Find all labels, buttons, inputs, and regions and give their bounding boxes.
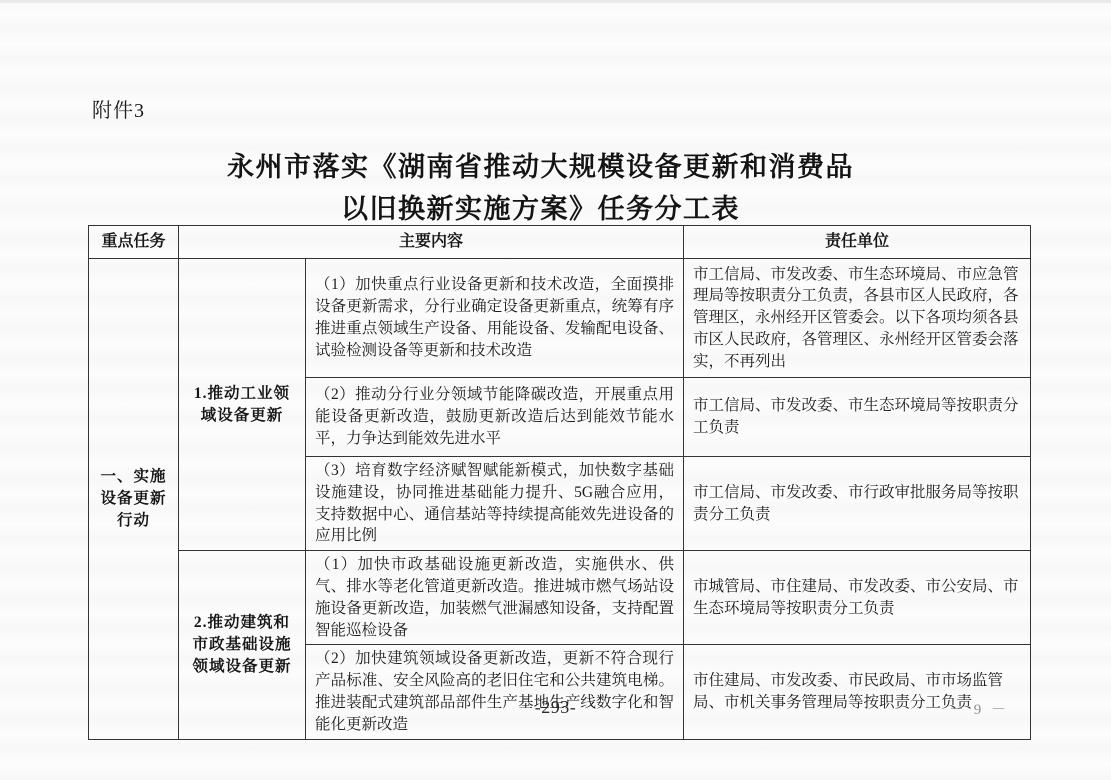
table-row: 一、实施设备更新行动 1.推动工业领域设备更新 （1）加快重点行业设备更新和技术… xyxy=(89,259,1031,378)
table-row: 2.推动建筑和市政基础设施领域设备更新 （1）加快市政基础设施更新改造，实施供水… xyxy=(89,551,1031,645)
footer-page-number-right: － 9 － xyxy=(949,698,1009,719)
content-cell: （1）加快重点行业设备更新和技术改造，全面摸排设备更新需求，分行业确定设备更新重… xyxy=(306,259,684,378)
task-assignment-table: 重点任务 主要内容 责任单位 一、实施设备更新行动 1.推动工业领域设备更新 （… xyxy=(88,225,1031,740)
page-title-line2: 以旧换新实施方案》任务分工表 xyxy=(0,188,1081,230)
content-cell: （2）推动分行业分领域节能降碳改造，开展重点用能设备更新改造，鼓励更新改造后达到… xyxy=(306,378,684,457)
scan-artifact xyxy=(0,0,1111,3)
header-main-content: 主要内容 xyxy=(179,226,684,259)
document-page: 附件3 永州市落实《湖南省推动大规模设备更新和消费品 以旧换新实施方案》任务分工… xyxy=(0,0,1111,780)
subtask-industrial-cell: 1.推动工业领域设备更新 xyxy=(179,259,306,551)
footer-page-number-center: -293- xyxy=(0,697,1111,718)
unit-cell: 市城管局、市住建局、市发改委、市公安局、市生态环境局等按职责分工负责 xyxy=(684,551,1031,645)
attachment-label: 附件3 xyxy=(92,94,145,123)
task-group-cell: 一、实施设备更新行动 xyxy=(89,259,179,740)
page-title: 永州市落实《湖南省推动大规模设备更新和消费品 以旧换新实施方案》任务分工表 xyxy=(0,146,1081,230)
header-responsible-unit: 责任单位 xyxy=(684,226,1031,259)
content-cell: （3）培育数字经济赋智赋能新模式，加快数字基础设施建设，协同推进基础能力提升、5… xyxy=(306,457,684,551)
content-cell: （1）加快市政基础设施更新改造，实施供水、供气、排水等老化管道更新改造。推进城市… xyxy=(306,551,684,645)
header-key-tasks: 重点任务 xyxy=(89,226,179,259)
table-header-row: 重点任务 主要内容 责任单位 xyxy=(89,226,1031,259)
page-title-line1: 永州市落实《湖南省推动大规模设备更新和消费品 xyxy=(0,146,1081,188)
content-cell: （2）加快建筑领域设备更新改造，更新不符合现行产品标准、安全风险高的老旧住宅和公… xyxy=(306,645,684,739)
unit-cell: 市工信局、市发改委、市行政审批服务局等按职责分工负责 xyxy=(684,457,1031,551)
unit-cell: 市住建局、市发改委、市民政局、市市场监管局、市机关事务管理局等按职责分工负责 xyxy=(684,645,1031,739)
unit-cell: 市工信局、市发改委、市生态环境局等按职责分工负责 xyxy=(684,378,1031,457)
unit-cell: 市工信局、市发改委、市生态环境局、市应急管理局等按职责分工负责，各县市区人民政府… xyxy=(684,259,1031,378)
